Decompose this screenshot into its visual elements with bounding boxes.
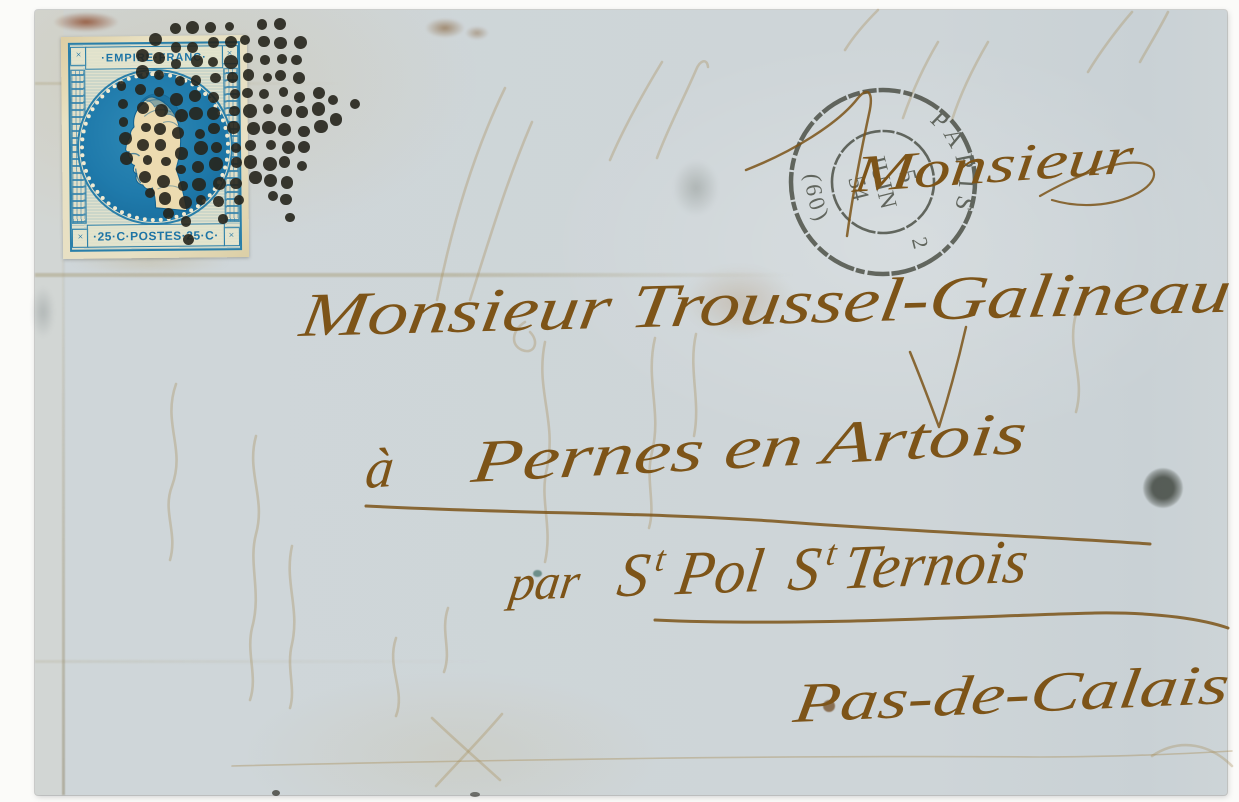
brown-blob	[823, 700, 835, 712]
gray-smudge-left-edge	[31, 286, 55, 338]
stamp-bottom-label: ·25·C·POSTES·25·C·	[87, 223, 225, 247]
pearl-ring	[79, 71, 231, 223]
napoleon-profile-icon	[102, 80, 207, 213]
round-dark-mark	[1143, 468, 1183, 508]
stamp-medallion	[76, 68, 234, 226]
postage-stamp: × × × × ·EMPIRE·FRANC· ·25·C·POSTES·25·C…	[61, 35, 249, 259]
edge-speck-1	[272, 790, 280, 796]
rust-stain	[53, 12, 119, 32]
teal-speck	[533, 570, 542, 577]
photograph-of-postal-cover: × × × × ·EMPIRE·FRANC· ·25·C·POSTES·25·C…	[0, 0, 1239, 802]
edge-speck-2	[470, 792, 480, 797]
stamp-frame: × × × × ·EMPIRE·FRANC· ·25·C·POSTES·25·C…	[68, 41, 242, 252]
fold-line-vertical-left	[62, 260, 65, 795]
ink-smear-behind-name	[683, 265, 795, 337]
stamp-corner-ornament: ×	[223, 227, 240, 246]
fold-line-horizontal-middle	[35, 273, 795, 277]
fold-line-horizontal-lower	[35, 660, 495, 663]
brown-spot	[425, 18, 465, 38]
brown-spot-2	[465, 26, 489, 40]
stamp-top-label: ·EMPIRE·FRANC·	[85, 45, 223, 69]
stamp-corner-ornament: ×	[221, 45, 238, 64]
gray-smudge	[673, 160, 719, 216]
